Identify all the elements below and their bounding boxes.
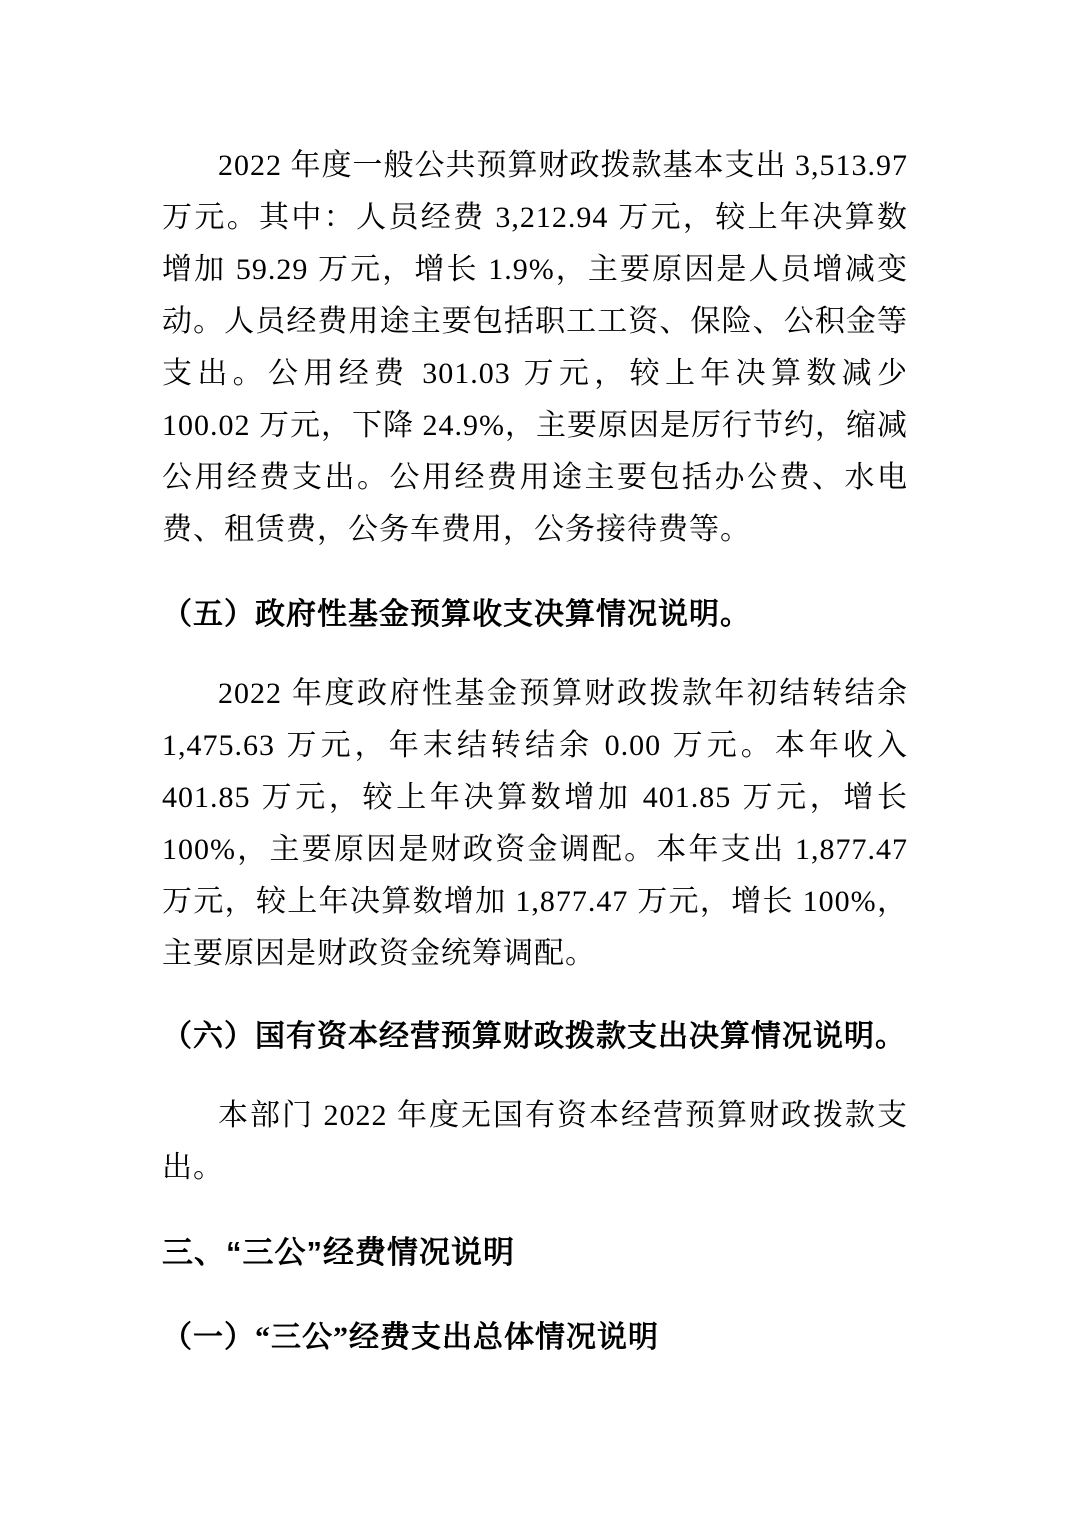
heading-section-6-state-capital: （六）国有资本经营预算财政拨款支出决算情况说明。 [162, 1011, 908, 1063]
document-body: 2022 年度一般公共预算财政拨款基本支出 3,513.97 万元。其中：人员经… [0, 0, 1074, 1364]
heading-chapter-3-three-public-funds: 三、“三公”经费情况说明 [162, 1227, 908, 1279]
heading-section-1-three-public-overview: （一）“三公”经费支出总体情况说明 [162, 1312, 908, 1364]
heading-section-5-gov-fund-budget: （五）政府性基金预算收支决算情况说明。 [162, 589, 908, 641]
paragraph-gov-fund-budget: 2022 年度政府性基金预算财政拨款年初结转结余 1,475.63 万元，年末结… [162, 668, 908, 980]
paragraph-basic-expenditure: 2022 年度一般公共预算财政拨款基本支出 3,513.97 万元。其中：人员经… [162, 140, 908, 556]
document-page: 2022 年度一般公共预算财政拨款基本支出 3,513.97 万元。其中：人员经… [0, 0, 1074, 1520]
paragraph-state-capital: 本部门 2022 年度无国有资本经营预算财政拨款支出。 [162, 1090, 908, 1194]
